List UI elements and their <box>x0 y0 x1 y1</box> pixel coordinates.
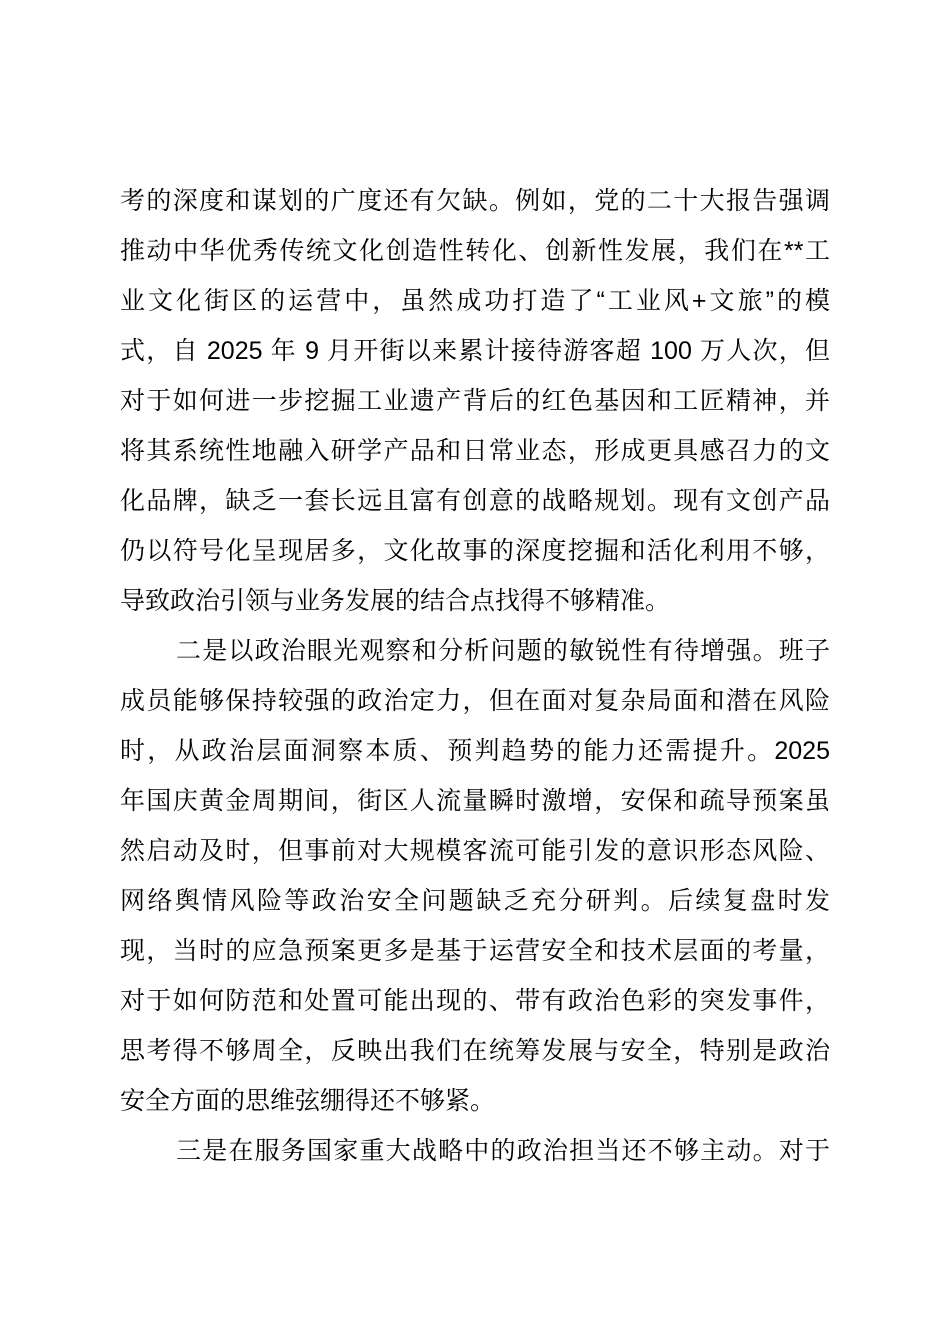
text-line: 将其系统性地融入研学产品和日常业态，形成更具感召力的文 <box>120 426 830 476</box>
text-line: 年国庆黄金周期间，街区人流量瞬时激增，安保和疏导预案虽 <box>120 776 830 826</box>
text-line: 推动中华优秀传统文化创造性转化、创新性发展，我们在**工 <box>120 226 830 276</box>
text-line: 考的深度和谋划的广度还有欠缺。例如，党的二十大报告强调 <box>120 176 830 226</box>
document-body: 考的深度和谋划的广度还有欠缺。例如，党的二十大报告强调 推动中华优秀传统文化创造… <box>120 176 830 1176</box>
text-line: 式，自 2025 年 9 月开街以来累计接待游客超 100 万人次，但 <box>120 326 830 376</box>
text-line: 化品牌，缺乏一套长远且富有创意的战略规划。现有文创产品 <box>120 476 830 526</box>
text-line: 然启动及时，但事前对大规模客流可能引发的意识形态风险、 <box>120 826 830 876</box>
text-line: 导致政治引领与业务发展的结合点找得不够精准。 <box>120 576 830 626</box>
text-line: 三是在服务国家重大战略中的政治担当还不够主动。对于 <box>120 1126 830 1176</box>
text-line: 网络舆情风险等政治安全问题缺乏充分研判。后续复盘时发 <box>120 876 830 926</box>
text-line: 时，从政治层面洞察本质、预判趋势的能力还需提升。2025 <box>120 726 830 776</box>
paragraph-2: 二是以政治眼光观察和分析问题的敏锐性有待增强。班子 成员能够保持较强的政治定力，… <box>120 626 830 1126</box>
paragraph-1: 考的深度和谋划的广度还有欠缺。例如，党的二十大报告强调 推动中华优秀传统文化创造… <box>120 176 830 626</box>
paragraph-3: 三是在服务国家重大战略中的政治担当还不够主动。对于 <box>120 1126 830 1176</box>
text-line: 对于如何进一步挖掘工业遗产背后的红色基因和工匠精神，并 <box>120 376 830 426</box>
text-line: 成员能够保持较强的政治定力，但在面对复杂局面和潜在风险 <box>120 676 830 726</box>
text-line: 安全方面的思维弦绷得还不够紧。 <box>120 1076 830 1126</box>
text-line: 思考得不够周全，反映出我们在统筹发展与安全，特别是政治 <box>120 1026 830 1076</box>
text-line: 对于如何防范和处置可能出现的、带有政治色彩的突发事件， <box>120 976 830 1026</box>
text-line: 仍以符号化呈现居多，文化故事的深度挖掘和活化利用不够， <box>120 526 830 576</box>
text-line: 现，当时的应急预案更多是基于运营安全和技术层面的考量， <box>120 926 830 976</box>
document-page: 考的深度和谋划的广度还有欠缺。例如，党的二十大报告强调 推动中华优秀传统文化创造… <box>0 0 950 1344</box>
text-line: 业文化街区的运营中，虽然成功打造了“工业风+文旅”的模 <box>120 276 830 326</box>
text-line: 二是以政治眼光观察和分析问题的敏锐性有待增强。班子 <box>120 626 830 676</box>
